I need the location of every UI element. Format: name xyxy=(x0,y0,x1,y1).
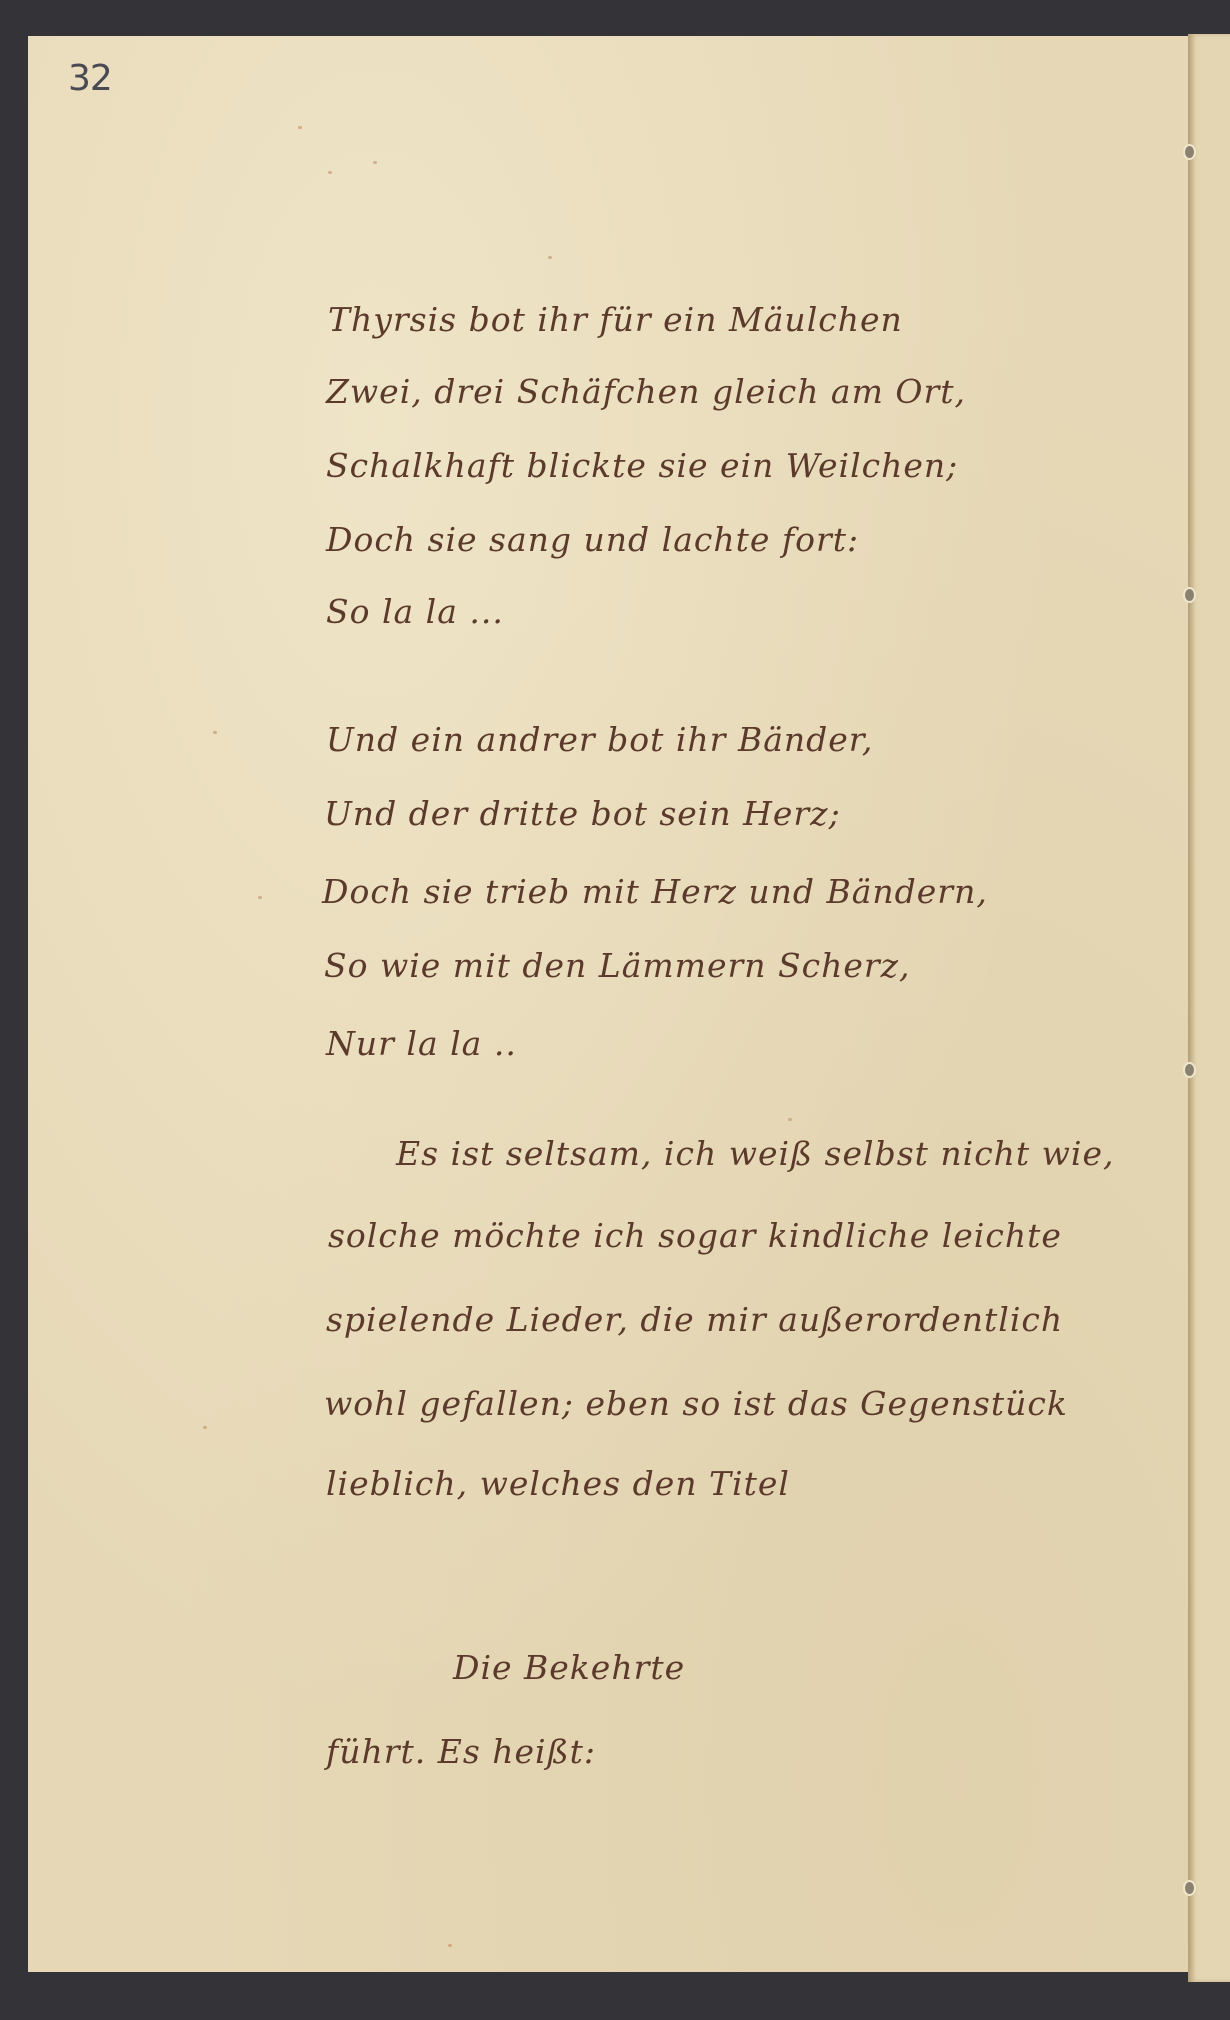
facing-page-edge xyxy=(1188,34,1230,1982)
poem-title: Die Bekehrte xyxy=(453,1648,685,1687)
stanza-line: Doch sie trieb mit Herz und Bändern, xyxy=(322,872,988,911)
stanza-line: Und der dritte bot sein Herz; xyxy=(324,794,841,833)
stanza-line: Und ein andrer bot ihr Bänder, xyxy=(326,720,873,759)
paper-speck xyxy=(448,1944,452,1947)
binding-hole xyxy=(1185,146,1194,158)
stanza-line: Doch sie sang und lachte fort: xyxy=(326,520,859,559)
prose-line: spielende Lieder, die mir außerordentlic… xyxy=(326,1300,1063,1339)
folio-number: 32 xyxy=(68,58,112,99)
paper-speck xyxy=(548,256,552,259)
stanza-line: Zwei, drei Schäfchen gleich am Ort, xyxy=(326,372,966,411)
paper-speck xyxy=(213,731,217,734)
prose-line: Es ist seltsam, ich weiß selbst nicht wi… xyxy=(396,1134,1115,1173)
stanza-line: Thyrsis bot ihr für ein Mäulchen xyxy=(328,300,903,339)
paper-speck xyxy=(373,161,377,164)
binding-hole xyxy=(1185,1064,1194,1076)
binding-hole xyxy=(1185,589,1194,601)
stanza-line: So wie mit den Lämmern Scherz, xyxy=(324,946,911,985)
paper-speck xyxy=(258,896,262,899)
closing-line: führt. Es heißt: xyxy=(326,1732,596,1771)
stanza-line: Schalkhaft blickte sie ein Weilchen; xyxy=(326,446,958,485)
prose-line: solche möchte ich sogar kindliche leicht… xyxy=(328,1216,1062,1255)
manuscript-page: 32 Thyrsis bot ihr für ein Mäulchen Zwei… xyxy=(28,36,1188,1972)
paper-speck xyxy=(203,1426,207,1429)
stanza-line: Nur la la .. xyxy=(326,1024,517,1063)
prose-line: wohl gefallen; eben so ist das Gegenstüc… xyxy=(324,1384,1068,1423)
binding-hole xyxy=(1185,1882,1194,1894)
stanza-line: So la la ... xyxy=(326,592,504,631)
paper-speck xyxy=(788,1118,792,1121)
paper-speck xyxy=(328,171,332,174)
paper-speck xyxy=(298,126,302,129)
prose-line: lieblich, welches den Titel xyxy=(326,1464,790,1503)
